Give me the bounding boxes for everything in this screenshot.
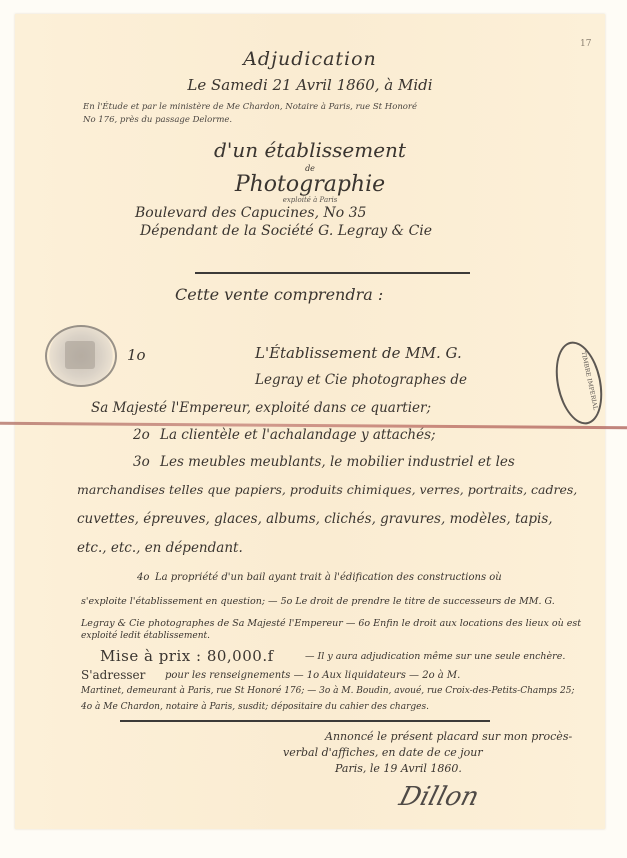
closing-date: Paris, le 19 Avril 1860. — [335, 762, 462, 775]
auction-date: Le Samedi 21 Avril 1860, à Midi — [15, 76, 605, 94]
item-3-line-3: cuvettes, épreuves, glaces, albums, clic… — [77, 511, 553, 527]
item-4-line-2: s'exploite l'établissement en question; … — [81, 596, 555, 607]
location-line-2: No 176, près du passage Delorme. — [83, 115, 232, 125]
oval-stamp-icon: TIMBRE IMPERIAL — [549, 337, 610, 428]
item-2-number: 2o — [133, 427, 150, 443]
closing-line-2: verbal d'affiches, en date de ce jour — [283, 746, 483, 759]
divider-bottom — [120, 720, 490, 722]
item-2-line-1: La clientèle et l'achalandage y attachés… — [160, 427, 436, 443]
oval-stamp-text: TIMBRE IMPERIAL — [557, 351, 599, 416]
item-1-number: 1o — [127, 346, 146, 364]
item-3-line-1: Les meubles meublants, le mobilier indus… — [160, 454, 515, 470]
divider-top — [195, 272, 470, 274]
seal-stamp-icon — [45, 325, 117, 387]
document-page: 17 Adjudication Le Samedi 21 Avril 1860,… — [15, 14, 605, 829]
starting-price: Mise à prix : 80,000.f — [100, 647, 274, 665]
item-4-number: 4o — [137, 572, 149, 583]
signature: Dillon — [396, 782, 482, 812]
exploited-note: exploité à Paris — [15, 196, 605, 204]
dependency-line: Dépendant de la Société G. Legray & Cie — [140, 223, 432, 239]
subject-line: d'un établissement — [15, 138, 605, 162]
contact-line-1: pour les renseignements — 1o Aux liquida… — [165, 670, 460, 681]
item-1-line-3: Sa Majesté l'Empereur, exploité dans ce … — [91, 400, 431, 416]
business-type: Photographie — [15, 172, 605, 197]
price-note: — Il y aura adjudication même sur une se… — [305, 651, 565, 662]
item-3-line-4: etc., etc., en dépendant. — [77, 540, 243, 556]
location-line-1: En l'Étude et par le ministère de Me Cha… — [83, 102, 417, 112]
intro-line: Cette vente comprendra : — [175, 285, 383, 304]
document-title: Adjudication — [15, 48, 605, 70]
item-4-line-4: exploité ledit établissement. — [81, 631, 210, 641]
item-3-number: 3o — [133, 454, 150, 470]
contact-line-2: Martinet, demeurant à Paris, rue St Hono… — [81, 686, 575, 696]
closing-line-1: Annoncé le présent placard sur mon procè… — [325, 730, 572, 743]
item-4-line-3: Legray & Cie photographes de Sa Majesté … — [81, 618, 581, 629]
item-4-line-1: La propriété d'un bail ayant trait à l'é… — [155, 572, 502, 583]
item-1-line-2: Legray et Cie photographes de — [255, 372, 467, 388]
item-3-line-2: marchandises telles que papiers, produit… — [77, 482, 577, 497]
address-line: Boulevard des Capucines, No 35 — [135, 205, 366, 221]
contact-line-3: 4o à Me Chardon, notaire à Paris, susdit… — [81, 702, 429, 712]
item-1-line-1: L'Établissement de MM. G. — [255, 344, 462, 362]
contact-label: S'adresser — [81, 668, 145, 682]
